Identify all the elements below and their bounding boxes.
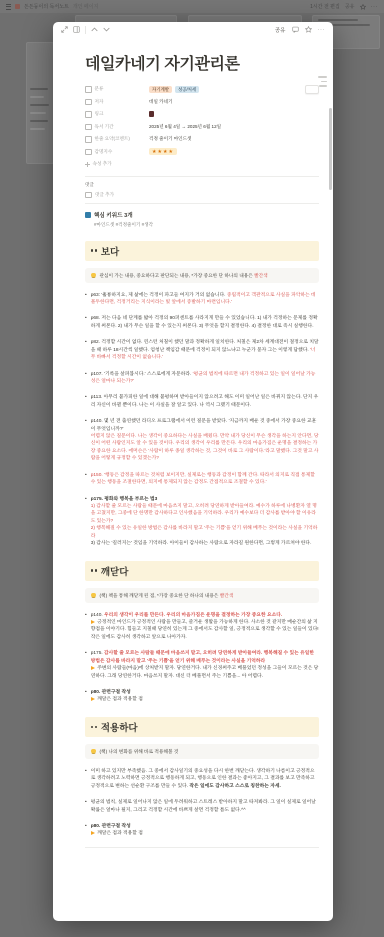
bullet-marker: • [85,371,87,386]
divider [85,847,319,848]
bullet-line: 깨달은 점과 적용할 점 [91,696,319,703]
property-row-링크[interactable]: 링크 [85,108,319,121]
breadcrumb-suffix[interactable]: 개인 페이지 [73,3,99,10]
text-segment: p68. 저는 다음 네 단계를 밟아 걱정의 90퍼센트를 사라지게 만들 수… [91,316,318,328]
bullet-marker: • [85,689,87,704]
bullet-line: 1) 감사할 줄 모르는 사람들 때문에 마음쓰지 말고, 오히려 당연하게 받… [91,503,319,525]
bullet-line: p82. 걱정할 시간이 없다. 윈스턴 처칠이 했던 말과 정확하게 일치한다… [91,339,319,361]
comments-label: 댓글 [85,182,319,188]
bullet-marker: • [85,823,87,838]
callout-text: 관심이 가는 내용, 중요하다고 판단되는 내용, *가장 중요한 단 하나의 … [100,272,268,279]
callout-text: (책) 책을 통해 깨닫게 된 점, *가장 중요한 단 하나의 내용은 빨간색 [100,592,234,599]
heading-dots-icon [91,726,97,728]
property-row-분류[interactable]: 분류자기계발성공/처세 [85,83,319,96]
add-comment-placeholder: 댓글 추가 [95,192,114,198]
chevron-up-icon[interactable] [91,27,98,32]
heading-dots-icon [91,569,97,571]
bullet-text: p175. 평화와 행복을 부르는 법31) 감사할 줄 모르는 사람들 때문에… [91,496,319,548]
text-segment: 평균의 법칙, 실제로 일어나지 않은 일에 두려워하고 스트레스 받아하지 말… [91,800,316,812]
text-segment: p63: '훌륭하지요, 제 삶에는 걱정이 파고들 여지가 거의 없습니다. [91,293,227,298]
property-label: 한줄 요약(코멘트) [85,136,149,143]
list-item[interactable]: •p150. '행동은 감정을 따르는 것처럼 보이지만, 실제로는 행동과 감… [85,472,319,487]
bullet-marker: • [85,339,87,361]
lightbulb-icon [91,749,96,754]
status-icon [85,149,92,156]
lightbulb-icon [91,593,96,598]
callout-text: (책) 나의 변화를 위해 바로 적용해볼 것 [100,748,179,755]
text-segment: p140. 몇 년 전 출연했던 라디오 프로그램에서 이런 질문을 받았다. … [91,419,317,431]
property-name: 분류 [95,86,104,92]
bullet-line: 2) 행복해질 수 있는 유일한 방법은 감사를 바라지 말고 '주는 기쁨'을… [91,525,319,540]
text-segment: 우리의 생각이 우리를 만든다. 우리의 마음가짐은 운명을 결정하는 가장 중… [104,613,282,618]
text-segment: 깨달은 점과 적용할 점 [97,697,143,702]
property-value[interactable]: 자기계발성공/처세 [149,85,319,94]
text-segment: 감사할 줄 모르는 사람들 때문에 마음쓰지 말고, 오히려 당연하게 받아들여… [91,651,314,663]
bullet-text: p175. 감사할 줄 모르는 사람들 때문에 마음쓰지 말고, 오히려 당연하… [91,650,319,680]
text-segment: 빨간색 [220,593,234,598]
bullet-line: p113. 아무리 불가피한 일에 대해 불평하며 받아들이지 않으려고 해도 … [91,394,319,409]
bullet-line: p140. 우리의 생각이 우리를 만든다. 우리의 마음가짐은 운명을 결정하… [91,612,319,619]
list-item[interactable]: •p82. 걱정할 시간이 없다. 윈스턴 처칠이 했던 말과 정확하게 일치한… [85,339,319,361]
bullet-line: p80. 관련구절 작성 [91,823,319,830]
list-item[interactable]: •p113. 아무리 불가피한 일에 대해 불평하며 받아들이지 않으려고 해도… [85,394,319,409]
callout: 관심이 가는 내용, 중요하다고 판단되는 내용, *가장 중요한 단 하나의 … [85,268,319,283]
bullet-line: p80. 관련구절 작성 [91,689,319,696]
favorite-star-icon[interactable] [305,26,312,33]
text-segment: (책) 나의 변화를 위해 바로 적용해볼 것 [100,749,179,754]
star-rating: ★★★★ [149,148,177,155]
text-icon [85,136,92,143]
property-label: 감명지수 [85,149,149,156]
text-segment: p82. 걱정할 시간이 없다. 윈스턴 처칠이 했던 말과 정확하게 일치한다… [91,340,319,352]
list-item[interactable]: •p175. 감사할 줄 모르는 사람들 때문에 마음쓰지 말고, 오히려 당연… [85,650,319,680]
bullet-marker: • [85,650,87,680]
text-segment: p150. '행동은 감정을 따르는 것처럼 보이지만, 실제로는 행동과 감정… [91,473,315,485]
bullet-line: 평균의 법칙, 실제로 일어나지 않은 일에 두려워하고 스트레스 받아하지 말… [91,799,319,814]
bullet-line: 긍정적인 마인드가 긍정적인 사람을 만들고, 즐거운 생활을 가능하게 한다.… [91,619,319,641]
more-options-icon[interactable]: ··· [371,4,379,10]
bullet-list: •p63: '훌륭하지요, 제 삶에는 걱정이 파고들 여지가 거의 없습니다.… [85,292,319,548]
bullet-line: 3) 감사는 '길러지는' 것임을 기억하라. 아이들이 감사하는 사람으로 자… [91,540,319,547]
text-segment: 긍정적인 마인드가 긍정적인 사람을 만들고, 즐거운 생활을 가능하게 한다.… [91,620,319,640]
list-item[interactable]: •p63: '훌륭하지요, 제 삶에는 걱정이 파고들 여지가 거의 없습니다.… [85,292,319,307]
pointing-arrow-icon [91,620,95,624]
property-list: 분류자기계발성공/처세저자데일 카네기링크독서 기간2025년 6월 4일 → … [85,83,319,158]
text-segment: 주변의 사람들(마음)에 상처받지 말자. 당연한거다. 내가 신경써주고 베풀… [91,666,319,678]
callout: (책) 나의 변화를 위해 바로 적용해볼 것 [85,744,319,759]
list-item[interactable]: •p80. 관련구절 작성깨달은 점과 적용할 점 [85,689,319,704]
text-segment: 작은 일에도 감사하고 스스로 칭찬하는 자세. [189,784,280,789]
property-label: 링크 [85,111,149,118]
workspace-book-icon [15,4,20,9]
section-heading-보다[interactable]: 보다 [85,241,319,261]
text-segment: p175. [91,651,104,656]
property-name: 저자 [95,99,104,105]
property-name: 링크 [95,111,104,117]
side-peek-icon[interactable] [73,26,80,33]
property-label: 저자 [85,99,149,106]
text-segment: p140. [91,613,104,618]
bullet-marker: • [85,418,87,463]
text-segment: 관심이 가는 내용, 중요하다고 판단되는 내용, *가장 중요한 단 하나의 … [100,273,255,278]
bullet-line: p175. 평화와 행복을 부르는 법3 [91,496,319,503]
tag-icon [85,86,92,93]
list-item[interactable]: •평균의 법칙, 실제로 일어나지 않은 일에 두려워하고 스트레스 받아하지 … [85,799,319,814]
divider [85,203,319,204]
bullet-marker: • [85,768,87,790]
bullet-marker: • [85,799,87,814]
calendar-icon [85,124,92,131]
divider [85,176,319,177]
pointing-arrow-icon [91,831,95,835]
chevron-down-icon[interactable] [103,27,110,32]
bullet-line: p175. 감사할 줄 모르는 사람들 때문에 마음쓰지 말고, 오히려 당연하… [91,650,319,665]
more-options-icon[interactable]: ··· [318,27,326,33]
list-item[interactable]: •p140. 몇 년 전 출연했던 라디오 프로그램에서 이런 질문을 받았다.… [85,418,319,463]
section-title: 깨닫다 [101,564,129,578]
bullet-line: 이미 하고 있지만 부족했음. 그 중에서 감사일기의 중요성을 다시 한번 깨… [91,768,319,790]
section-title: 보다 [101,244,119,258]
open-full-page-icon[interactable] [61,26,68,33]
book-cover-thumbnail [149,111,154,117]
text-segment: p175. 평화와 행복을 부르는 법3 [91,497,158,502]
bullet-marker: • [85,472,87,487]
property-value[interactable]: 데일 카네기 [149,99,319,105]
add-property-button[interactable]: 속성 추가 [85,158,319,171]
section-heading-깨닫다[interactable]: 깨닫다 [85,561,319,581]
share-button[interactable]: 공유 [275,26,286,34]
keywords-title: 핵심 키워드 3개 [94,211,133,219]
list-item[interactable]: •p107. '기록을 살펴봅시다.' 스스로에게 자문하라. '평균의 법칙에… [85,371,319,386]
list-item[interactable]: •p140. 우리의 생각이 우리를 만든다. 우리의 마음가짐은 운명을 결정… [85,612,319,642]
callout: (책) 책을 통해 깨닫게 된 점, *가장 중요한 단 하나의 내용은 빨간색 [85,588,319,603]
add-comment-input[interactable]: 댓글 추가 [85,192,319,198]
pointing-arrow-icon [91,697,95,701]
property-row-독서 기간[interactable]: 독서 기간2025년 6월 4일 → 2025년 6월 12일 [85,121,319,134]
bullet-marker: • [85,292,87,307]
peek-toolbar: 공유 ··· [53,22,333,37]
bullet-line: 어렵지 않은 질문이다. 나는 생각이 중요하다는 사실을 배웠다. 만약 내가… [91,433,319,463]
list-item[interactable]: •p175. 평화와 행복을 부르는 법31) 감사할 줄 모르는 사람들 때문… [85,496,319,548]
bullet-text: p107. '기록을 살펴봅시다.' 스스로에게 자문하라. '평균의 법칙에 … [91,371,319,386]
bullet-line: 주변의 사람들(마음)에 상처받지 말자. 당연한거다. 내가 신경써주고 베풀… [91,665,319,680]
bullet-marker: • [85,315,87,330]
keywords-block[interactable]: 핵심 키워드 3개 #마인드셋 #걱정줄이기 #생각 [85,211,319,228]
comments-icon[interactable] [292,26,299,33]
favorite-star-icon[interactable] [360,4,366,10]
breadcrumb[interactable]: 든든둥이의 독서노트 [24,3,69,10]
bullet-text: p140. 몇 년 전 출연했던 라디오 프로그램에서 이런 질문을 받았다. … [91,418,319,463]
property-value[interactable]: 걱정 줄이기 마인드셋 [149,136,319,142]
comment-bubble-icon [85,192,92,198]
bullet-marker: • [85,394,87,409]
bullet-marker: • [85,496,87,548]
share-button-bg[interactable]: 공유 [345,3,355,10]
text-segment: p80. 관련구절 작성 [91,824,131,829]
property-value[interactable] [149,111,319,117]
sections: 보다관심이 가는 내용, 중요하다고 판단되는 내용, *가장 중요한 단 하나… [85,241,319,838]
bullet-line: 깨달은 점과 적용할 점 [91,830,319,837]
tag-overflow-pill [305,85,319,94]
background-card [26,42,54,164]
blue-book-icon [85,212,91,218]
lightbulb-icon [91,273,96,278]
property-value[interactable]: 2025년 6월 4일 → 2025년 6월 12일 [149,124,319,130]
text-segment: 2) 행복해질 수 있는 유일한 방법은 감사를 바라지 말고 '주는 기쁨'을… [91,526,318,538]
bullet-line: p107. '기록을 살펴봅시다.' 스스로에게 자문하라. '평균의 법칙에 … [91,371,319,386]
property-label: 분류 [85,86,149,93]
text-segment: 3) 감사는 '길러지는' 것임을 기억하라. 아이들이 감사하는 사람으로 자… [91,541,312,546]
tag-pill[interactable]: 자기계발 [149,86,172,93]
bullet-text: p82. 걱정할 시간이 없다. 윈스턴 처칠이 했던 말과 정확하게 일치한다… [91,339,319,361]
bullet-text: p150. '행동은 감정을 따르는 것처럼 보이지만, 실제로는 행동과 감정… [91,472,319,487]
section-title: 적용하다 [101,720,138,734]
text-segment: p80. 관련구절 작성 [91,690,131,695]
list-item[interactable]: •p68. 저는 다음 네 단계를 밟아 걱정의 90퍼센트를 사라지게 만들 … [85,315,319,330]
bullet-text: 이미 하고 있지만 부족했음. 그 중에서 감사일기의 중요성을 다시 한번 깨… [91,768,319,790]
page-content: 데일카네기 자기관리론 분류자기계발성공/처세저자데일 카네기링크독서 기간20… [53,37,333,921]
property-label: 독서 기간 [85,124,149,131]
bullet-text: p80. 관련구절 작성깨달은 점과 적용할 점 [91,823,319,838]
bullet-text: p68. 저는 다음 네 단계를 밟아 걱정의 90퍼센트를 사라지게 만들 수… [91,315,319,330]
bullet-line: p140. 몇 년 전 출연했던 라디오 프로그램에서 이런 질문을 받았다. … [91,418,319,433]
bullet-list: •이미 하고 있지만 부족했음. 그 중에서 감사일기의 중요성을 다시 한번 … [85,768,319,838]
hamburger-menu-icon[interactable] [6,4,11,10]
text-segment: 어렵지 않은 질문이다. 나는 생각이 중요하다는 사실을 배웠다. 만약 내가… [91,434,319,461]
bullet-text: p113. 아무리 불가피한 일에 대해 불평하며 받아들이지 않으려고 해도 … [91,394,319,409]
property-row-저자[interactable]: 저자데일 카네기 [85,96,319,109]
property-value[interactable]: ★★★★ [149,148,319,155]
section-heading-적용하다[interactable]: 적용하다 [85,717,319,737]
text-segment: 1) 감사할 줄 모르는 사람들 때문에 마음쓰지 말고, 오히려 당연하게 받… [91,504,317,524]
bullet-text: p63: '훌륭하지요, 제 삶에는 걱정이 파고들 여지가 거의 없습니다. … [91,292,319,307]
property-name: 감명지수 [95,149,113,155]
link-icon [85,111,92,118]
bullet-line: p150. '행동은 감정을 따르는 것처럼 보이지만, 실제로는 행동과 감정… [91,472,319,487]
page-peek-modal: 공유 ··· 데일카네기 자기관리론 분류자기계발성공/처세저자데일 카네기링크… [53,22,333,921]
property-name: 한줄 요약(코멘트) [95,136,130,142]
text-icon [85,99,92,106]
keywords-tags: #마인드셋 #걱정줄이기 #생각 [94,222,319,228]
bullet-list: •p140. 우리의 생각이 우리를 만든다. 우리의 마음가짐은 운명을 결정… [85,612,319,704]
text-segment: p113. 아무리 불가피한 일에 대해 불평하며 받아들이지 않으려고 해도 … [91,395,319,407]
bullet-line: p63: '훌륭하지요, 제 삶에는 걱정이 파고들 여지가 거의 없습니다. … [91,292,319,307]
page-title[interactable]: 데일카네기 자기관리론 [85,51,319,74]
pointing-arrow-icon [91,666,95,670]
text-segment: 깨달은 점과 적용할 점 [97,831,143,836]
heading-dots-icon [91,249,97,251]
text-segment: p107. '기록을 살펴봅시다.' 스스로에게 자문하라. [91,372,193,377]
plus-icon [85,162,90,167]
list-item[interactable]: •이미 하고 있지만 부족했음. 그 중에서 감사일기의 중요성을 다시 한번 … [85,768,319,790]
text-segment: 빨간색 [254,273,268,278]
bullet-text: p140. 우리의 생각이 우리를 만든다. 우리의 마음가짐은 운명을 결정하… [91,612,319,642]
bullet-text: p80. 관련구절 작성깨달은 점과 적용할 점 [91,689,319,704]
edited-timestamp: 1시간 전 편집 [310,3,340,10]
property-row-감명지수[interactable]: 감명지수★★★★ [85,146,319,159]
app-topbar: 든든둥이의 독서노트 개인 페이지 1시간 전 편집 공유 ··· [0,0,384,13]
tag-pill[interactable]: 성공/처세 [175,86,199,93]
bullet-text: 평균의 법칙, 실제로 일어나지 않은 일에 두려워하고 스트레스 받아하지 말… [91,799,319,814]
text-segment: (책) 책을 통해 깨닫게 된 점, *가장 중요한 단 하나의 내용은 [100,593,220,598]
list-item[interactable]: •p80. 관련구절 작성깨달은 점과 적용할 점 [85,823,319,838]
property-row-한줄 요약(코멘트)[interactable]: 한줄 요약(코멘트)걱정 줄이기 마인드셋 [85,133,319,146]
property-name: 독서 기간 [95,124,114,130]
bullet-marker: • [85,612,87,642]
add-property-label: 속성 추가 [93,161,112,167]
bullet-line: p68. 저는 다음 네 단계를 밟아 걱정의 90퍼센트를 사라지게 만들 수… [91,315,319,330]
